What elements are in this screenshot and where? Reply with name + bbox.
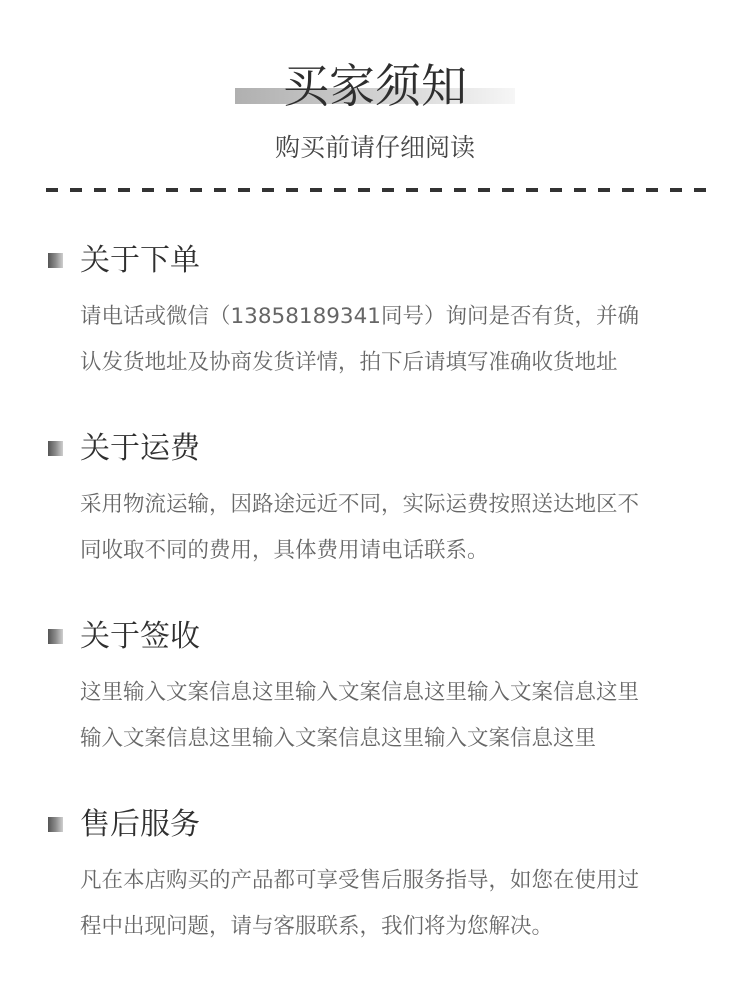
notice-header: 买家须知 购买前请仔细阅读 — [0, 0, 750, 200]
section-title: 关于下单 — [80, 242, 200, 280]
square-bullet-icon — [48, 253, 63, 268]
section-body: 请电话或微信（13858189341同号）询问是否有货，并确 认发货地址及协商发… — [80, 294, 710, 386]
square-bullet-icon — [48, 441, 63, 456]
section-title: 关于运费 — [80, 430, 200, 468]
section-body: 采用物流运输，因路途远近不同，实际运费按照送达地区不 同收取不同的费用，具体费用… — [80, 482, 710, 574]
page-title: 买家须知 — [0, 56, 750, 116]
page-subtitle: 购买前请仔细阅读 — [0, 131, 750, 165]
body-line: 程中出现问题，请与客服联系，我们将为您解决。 — [80, 904, 710, 950]
section-heading: 关于运费 — [0, 430, 750, 470]
body-line: 凡在本店购买的产品都可享受售后服务指导，如您在使用过 — [80, 858, 710, 904]
body-line: 认发货地址及协商发货详情，拍下后请填写准确收货地址 — [80, 340, 710, 386]
body-line: 请电话或微信（13858189341同号）询问是否有货，并确 — [80, 294, 710, 340]
section-heading: 关于签收 — [0, 618, 750, 658]
section-body: 这里输入文案信息这里输入文案信息这里输入文案信息这里 输入文案信息这里输入文案信… — [80, 670, 710, 762]
body-line: 采用物流运输，因路途远近不同，实际运费按照送达地区不 — [80, 482, 710, 528]
section-title: 关于签收 — [80, 618, 200, 656]
section-heading: 关于下单 — [0, 242, 750, 282]
body-line: 同收取不同的费用，具体费用请电话联系。 — [80, 528, 710, 574]
dashed-divider — [46, 188, 708, 192]
section-body: 凡在本店购买的产品都可享受售后服务指导，如您在使用过 程中出现问题，请与客服联系… — [80, 858, 710, 950]
square-bullet-icon — [48, 817, 63, 832]
body-line: 这里输入文案信息这里输入文案信息这里输入文案信息这里 — [80, 670, 710, 716]
section-title: 售后服务 — [80, 806, 200, 844]
section-heading: 售后服务 — [0, 806, 750, 846]
square-bullet-icon — [48, 629, 63, 644]
body-line: 输入文案信息这里输入文案信息这里输入文案信息这里 — [80, 716, 710, 762]
